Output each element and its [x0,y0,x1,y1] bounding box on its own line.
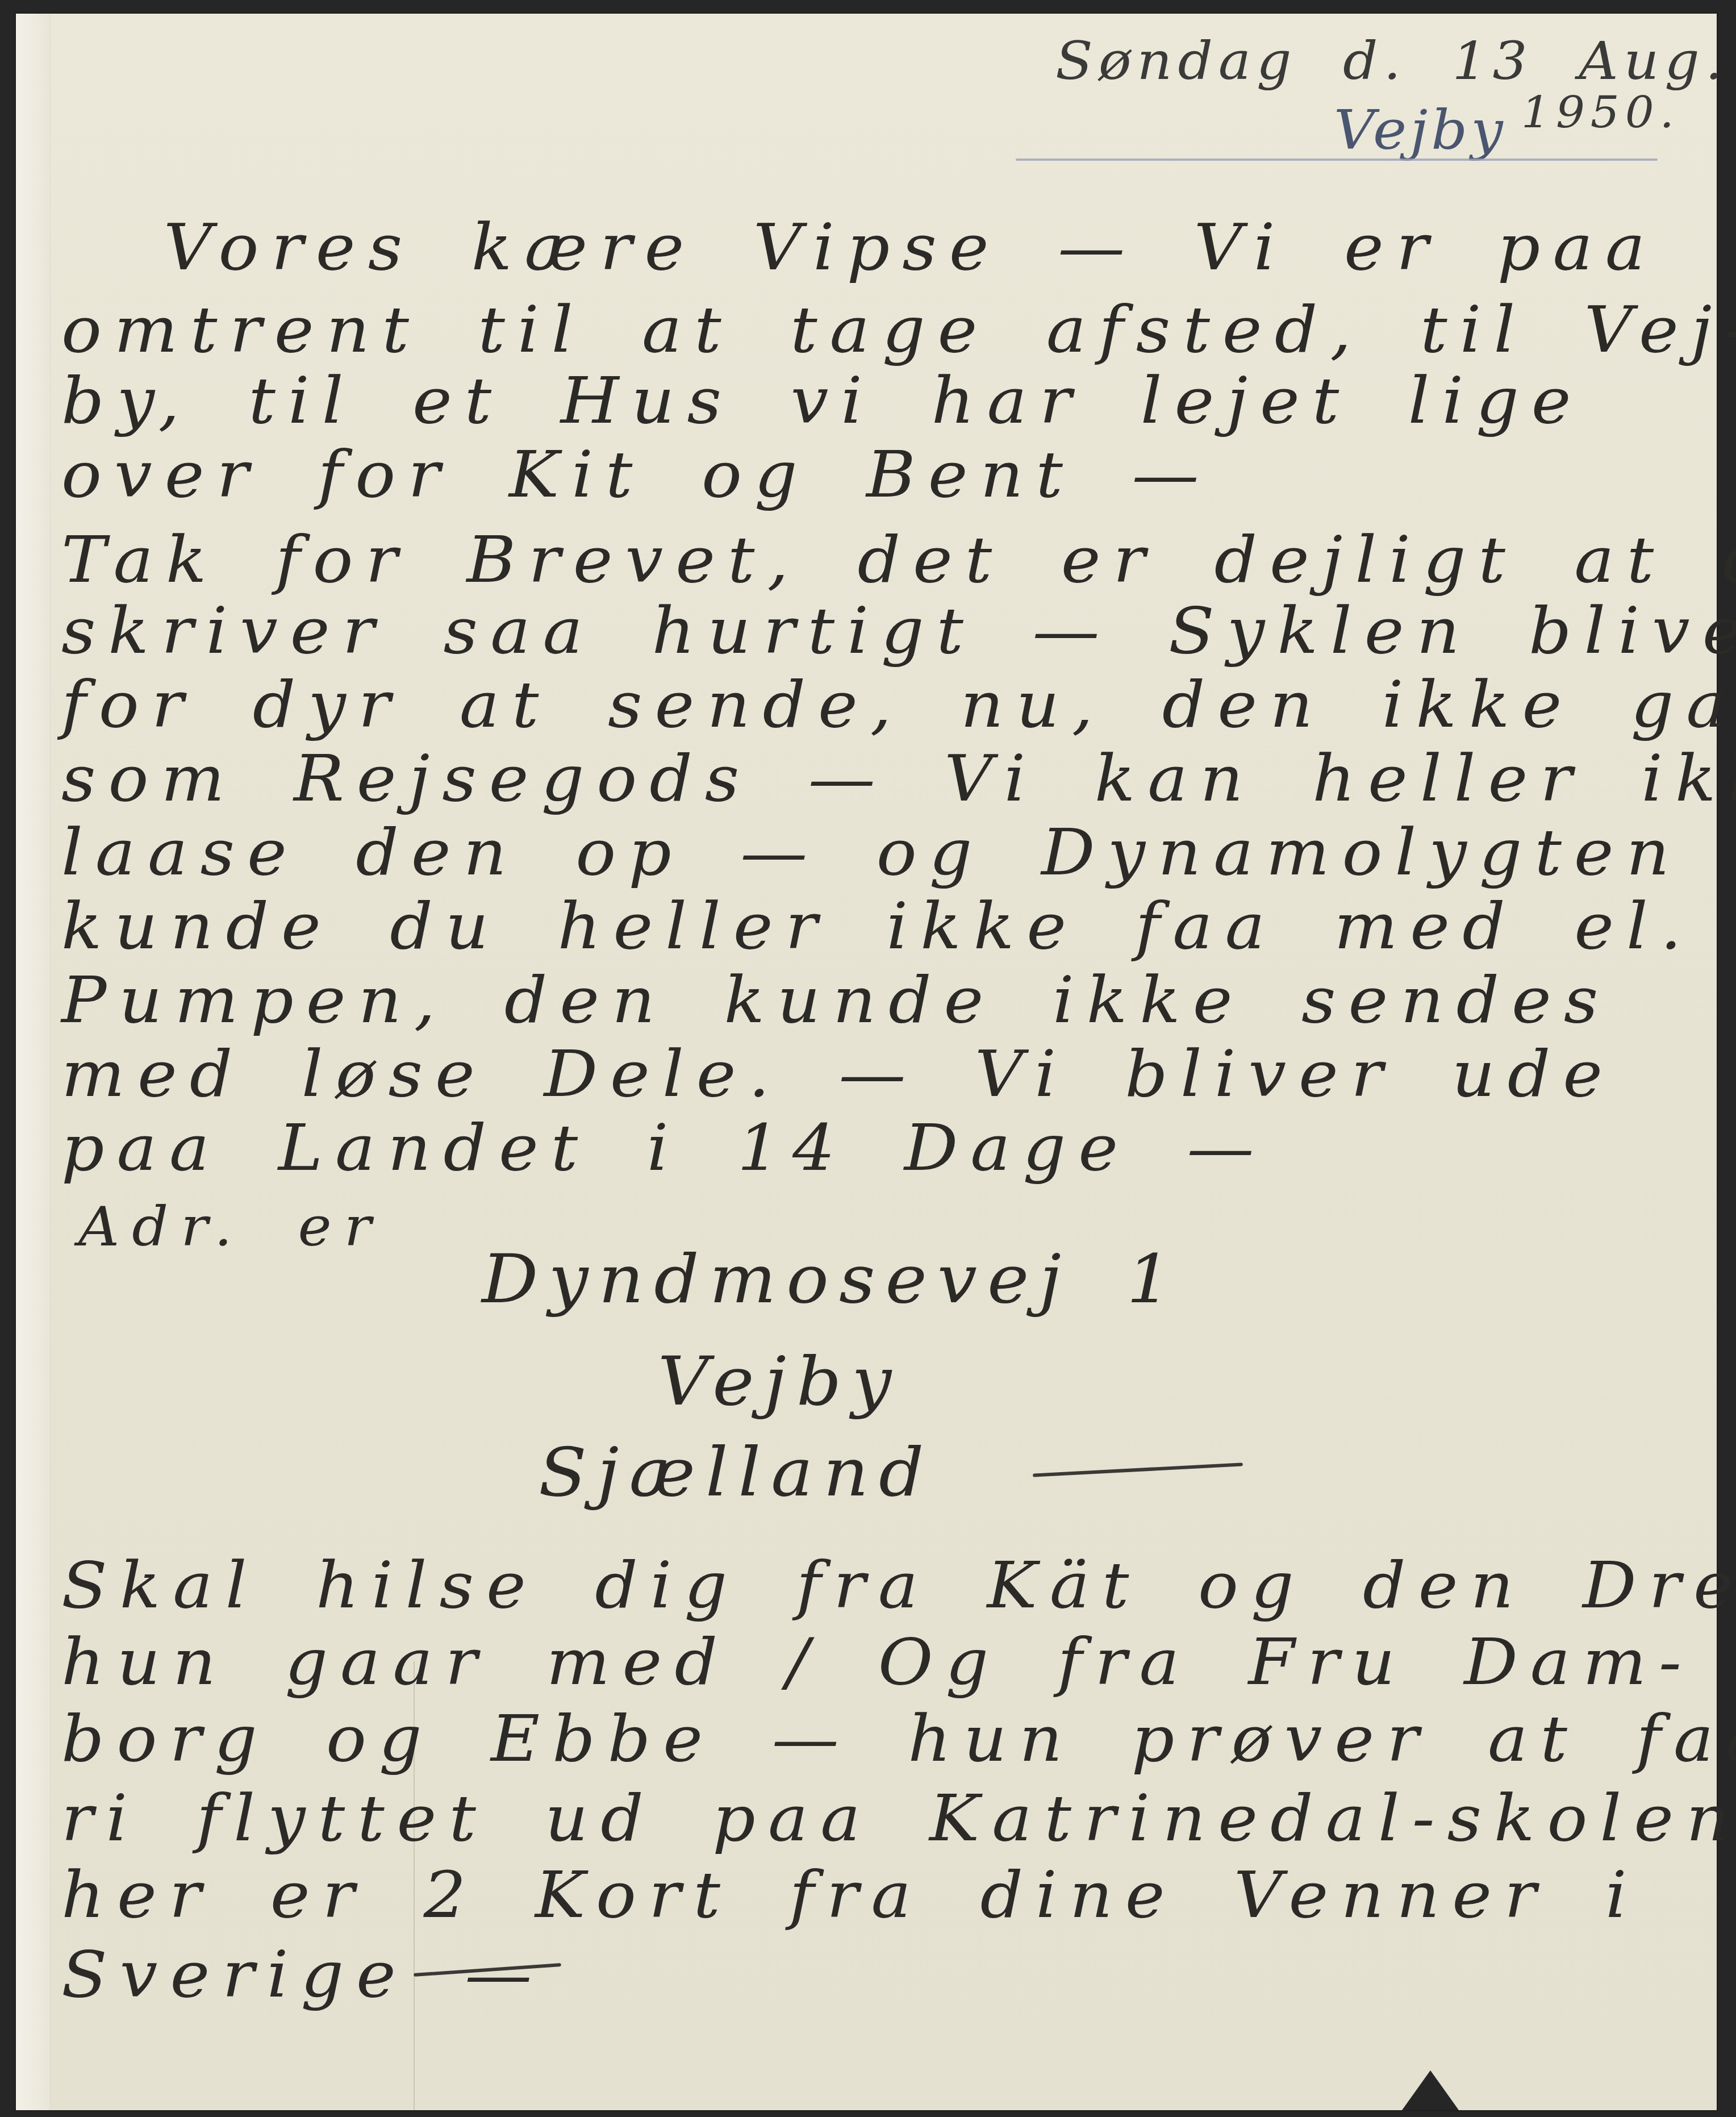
address-town: Vejby [658,1343,902,1421]
closing-line-2: hun gaar med / Og fra Fru Dam- [61,1624,1694,1699]
closing-line-5: her er 2 Kort fra dine Venner i [61,1857,1639,1932]
letter-year: 1950. [1521,87,1680,137]
body-line-7: for dyr at sende, nu, den ikke gaar [61,667,1736,741]
address-region: Sjælland [539,1434,934,1512]
body-line-8: som Rejsegods — Vi kan heller ikke [61,741,1736,815]
place-annotation: Vejby [1334,99,1507,162]
body-line-10: kunde du heller ikke faa med el. [61,889,1694,963]
letter-page: Søndag d. 13 Aug. 1950. Vejby Vores kære… [16,14,1717,2110]
closing-line-1: Skal hilse dig fra Kät og den Dreng [61,1548,1736,1622]
torn-notch [1402,2070,1459,2110]
body-line-5: Tak for Brevet, det er dejligt at du [61,522,1736,597]
address-dash [1033,1462,1243,1477]
closing-line-4: ri flyttet ud paa Katrinedal-skolen. [61,1781,1736,1855]
closing-line-3: borg og Ebbe — hun prøver at faa Ka- [61,1701,1736,1776]
body-line-12: med løse Dele. — Vi bliver ude [61,1036,1615,1111]
body-line-2: omtrent til at tage afsted, til Vej- [61,292,1736,366]
body-line-1: Vores kære Vipse — Vi er paa [164,210,1658,284]
header-underline [1016,159,1658,161]
torn-left-edge [16,14,51,2110]
closing-line-6: Sverige — [61,1937,544,2011]
letter-date: Søndag d. 13 Aug. [1055,31,1728,91]
address-intro: Adr. er [78,1195,384,1258]
body-line-3: by, til et Hus vi har lejet lige [61,363,1584,437]
body-line-9: laase den op — og Dynamolygten [61,815,1682,889]
body-line-13: paa Landet i 14 Dage — [61,1110,1267,1185]
body-line-4: over for Kit og Bent — [61,437,1211,511]
address-street: Dyndmosevej 1 [482,1241,1182,1319]
body-line-11: Pumpen, den kunde ikke sendes [61,962,1610,1037]
body-line-6: skriver saa hurtigt — Syklen bliver [61,593,1736,668]
